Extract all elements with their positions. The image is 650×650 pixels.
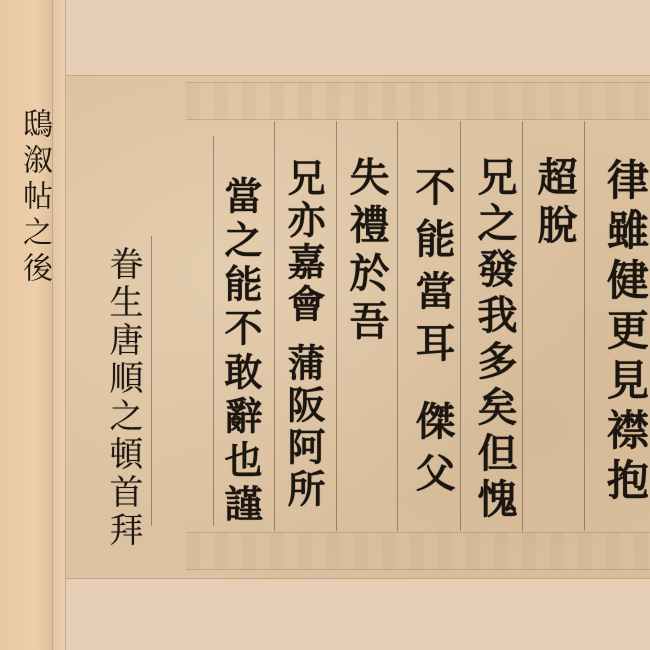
- column-rule: [151, 236, 152, 526]
- column-rule: [584, 121, 585, 531]
- column-rule: [274, 121, 275, 531]
- column-rule: [522, 121, 523, 531]
- calligraphy-column-8-signature: 眷生唐順之頓首拜: [106, 246, 140, 550]
- mount-edge-strip: [53, 0, 66, 650]
- calligraphy-column-6: 兄亦嘉會 蒲阪阿所: [284, 158, 322, 511]
- letter-paper: 律雖健更見襟抱 超脫 兄之發我多矣但愧 不能當耳 傑父 失禮於吾 兄亦嘉會 蒲阪…: [66, 75, 650, 579]
- mount-inscription: 鴟溆帖之後: [12, 108, 56, 288]
- calligraphy-column-3: 兄之發我多矣但愧: [474, 156, 514, 524]
- calligraphy-column-2: 超脫: [534, 156, 574, 252]
- decorative-band-top: [186, 82, 650, 120]
- decorative-band-bottom: [186, 532, 650, 570]
- column-rule: [213, 136, 214, 526]
- calligraphy-column-7: 當之能不敢辭也謹: [221, 176, 259, 528]
- column-rule: [460, 121, 461, 531]
- bottom-silk-border: [66, 577, 650, 650]
- calligraphy-column-1: 律雖健更見襟抱: [604, 158, 646, 508]
- left-mount-panel: [0, 0, 53, 650]
- column-rule: [336, 121, 337, 531]
- top-silk-border: [66, 0, 650, 75]
- calligraphy-column-4: 不能當耳 傑父: [412, 166, 452, 504]
- column-rule: [397, 121, 398, 531]
- calligraphy-column-5: 失禮於吾: [346, 156, 386, 348]
